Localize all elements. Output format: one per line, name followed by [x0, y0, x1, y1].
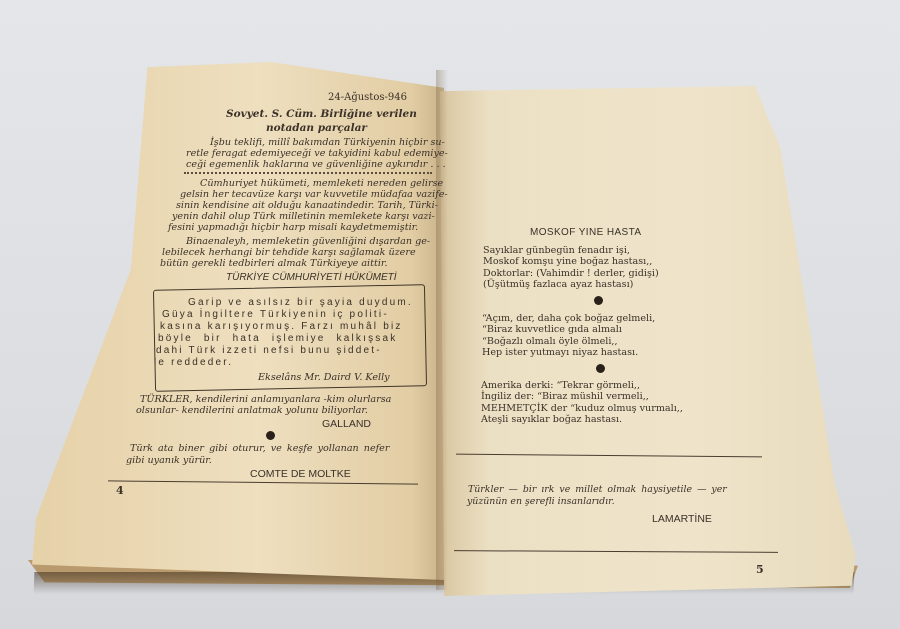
stanza1-line: Doktorlar: (Vahimdir ! derler, gidişi): [483, 268, 659, 279]
para3-line: lebilecek herhangi bir tehdide karşı sağ…: [162, 247, 416, 258]
date: 24-Ağustos-946: [328, 92, 407, 103]
boxed-quote-author: Ekselâns Mr. Daird V. Kelly: [258, 372, 390, 383]
stanza3-line: Amerika derki: “Tekrar görmeli,,: [481, 380, 640, 391]
dotted-separator: [184, 172, 432, 174]
boxed-quote-line: le reddeder.: [154, 357, 233, 368]
stanza2-line: “Biraz kuvvetlice gıda almalı: [482, 324, 622, 335]
boxed-quote-line: Garip ve asılsız bir şayia duydum.: [188, 297, 413, 308]
page-number-right: 5: [756, 563, 764, 576]
bullet-separator: [596, 364, 605, 373]
boxed-quote-line: kasına karışıyormuş. Farzı muhâl biz: [160, 321, 403, 332]
moltke-quote-line: gibi uyanık yürür.: [126, 455, 212, 466]
boxed-quote-line: böyle bir hata işlemiye kalkışsak: [158, 333, 397, 344]
bullet-separator: [266, 431, 275, 440]
stanza2-line: “Boğazlı olmalı öyle ölmeli,,: [482, 336, 618, 347]
para2-line: sinin kendisine ait olduğu kanaatindedir…: [176, 200, 438, 211]
para2-line: Cümhuriyet hükümeti, memleketi nereden g…: [200, 178, 443, 189]
moltke-author: COMTE DE MOLTKE: [250, 468, 351, 480]
bullet-separator: [594, 296, 603, 305]
heading-line-2: notadan parçalar: [266, 122, 367, 134]
boxed-quote-line: Güya İngiltere Türkiyenin iç politi-: [162, 309, 389, 320]
galland-quote-line: olsunlar- kendilerini anlatmak yolunu bi…: [136, 405, 368, 416]
stanza3-line: MEHMETÇİK der “kuduz olmuş vurmalı,,: [481, 403, 683, 414]
para2-line: yenin dahil olup Türk milletinin memleke…: [172, 211, 435, 222]
signature-government: TÜRKİYE CÜMHURİYETİ HÜKÜMETİ: [226, 272, 397, 283]
para2-line: gelsin her tecavüze karşı var kuvvetile …: [180, 189, 448, 200]
poem-title: MOSKOF YINE HASTA: [530, 227, 641, 238]
stanza1-line: Moskof komşu yine boğaz hastası,,: [483, 256, 652, 267]
heading-line-1: Sovyet. S. Cüm. Birliğine verilen: [226, 108, 417, 120]
para2-line: fesini yapmadığı hiçbir harp misali kayd…: [168, 222, 418, 233]
moltke-quote-line: Türk ata biner gibi oturur, ve keşfe yol…: [130, 443, 389, 454]
galland-quote-line: TÜRKLER, kendilerini anlamıyanlara -kim …: [140, 394, 391, 405]
para1-line: retle feragat edemiyeceği ve takyidini k…: [186, 148, 448, 159]
stanza2-line: “Açım, der, daha çok boğaz gelmeli,: [482, 313, 655, 324]
para1-line: İşbu teklifi, millî bakımdan Türkiyenin …: [210, 137, 445, 148]
stanza1-line: (Üşütmüş fazlaca ayaz hastası): [483, 279, 633, 290]
lamartine-quote-line: yüzünün en şerefli insanlarıdır.: [467, 496, 615, 507]
galland-author: GALLAND: [322, 418, 371, 430]
lamartine-author: LAMARTİNE: [652, 513, 712, 525]
stanza1-line: Sayıklar günbegün fenadır işi,: [483, 245, 630, 256]
stanza2-line: Hep ister yutmayı niyaz hastası.: [482, 347, 638, 358]
page-number-left: 4: [116, 484, 124, 497]
boxed-quote-line: dahi Türk izzeti nefsi bunu şiddet-: [156, 345, 382, 356]
stanza3-line: Ateşli sayıklar boğaz hastası.: [481, 414, 622, 425]
stanza3-line: İngiliz der: “Biraz müshil vermeli,,: [481, 391, 649, 402]
para1-line: ceği egemenlik haklarına ve güvenliğine …: [186, 159, 446, 170]
lamartine-quote-line: Türkler — bir ırk ve millet olmak haysiy…: [468, 484, 727, 495]
para3-line: bütün gerekli tedbirleri almak Türkiyeye…: [160, 258, 388, 269]
para3-line: Binaenaleyh, memleketin güvenliğini dışa…: [186, 236, 430, 247]
